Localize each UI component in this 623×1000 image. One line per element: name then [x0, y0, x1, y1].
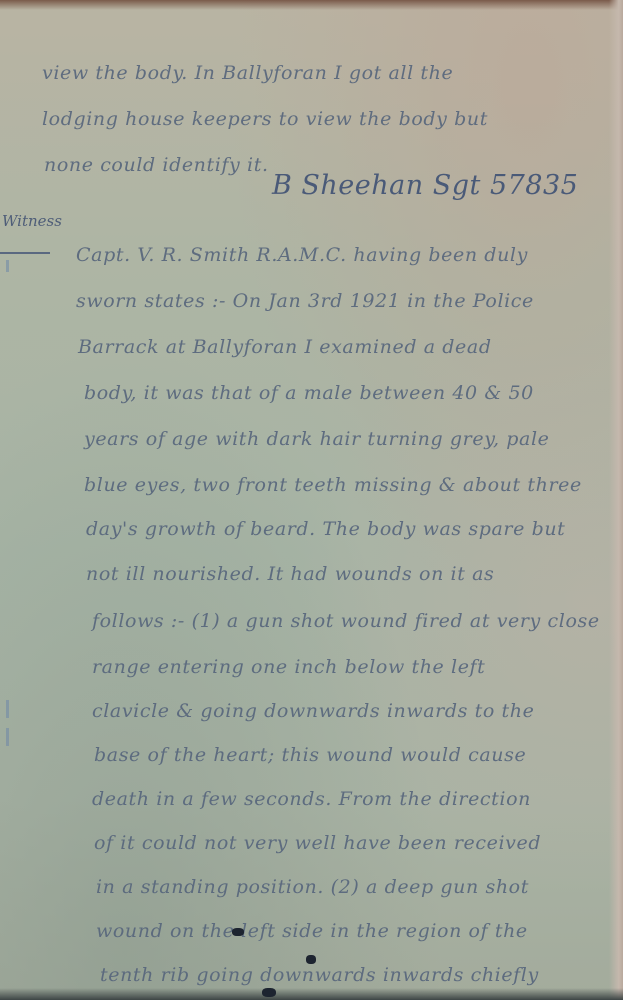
statement-line: sworn states :- On Jan 3rd 1921 in the P… [76, 290, 534, 312]
margin-note-witness: Witness [2, 212, 62, 230]
text-line: none could identify it. [44, 154, 269, 176]
statement-line: death in a few seconds. From the directi… [92, 788, 531, 810]
text-line: lodging house keepers to view the body b… [42, 108, 488, 130]
ink-blot [306, 955, 316, 964]
statement-line: in a standing position. (2) a deep gun s… [96, 876, 529, 898]
statement-line: base of the heart; this wound would caus… [94, 744, 526, 766]
statement-line: of it could not very well have been rece… [94, 832, 541, 854]
statement-line: range entering one inch below the left [92, 656, 485, 678]
page-top-edge [0, 0, 623, 10]
page-bottom-edge [0, 988, 623, 1000]
statement-line: blue eyes, two front teeth missing & abo… [84, 474, 582, 496]
margin-mark [6, 700, 9, 718]
statement-line: Barrack at Ballyforan I examined a dead [78, 336, 492, 358]
statement-line: follows :- (1) a gun shot wound fired at… [92, 610, 600, 632]
statement-line: clavicle & going downwards inwards to th… [92, 700, 534, 722]
statement-line: years of age with dark hair turning grey… [84, 428, 550, 450]
ink-blot [262, 988, 276, 997]
ink-blot [232, 928, 244, 936]
page-right-edge [609, 0, 623, 1000]
signature: B Sheehan Sgt 57835 [272, 170, 578, 201]
margin-underline [0, 252, 50, 254]
statement-line: wound on the left side in the region of … [96, 920, 528, 942]
margin-mark [6, 260, 9, 272]
margin-mark [6, 728, 9, 746]
statement-line: not ill nourished. It had wounds on it a… [86, 563, 494, 585]
text-line: view the body. In Ballyforan I got all t… [42, 62, 453, 84]
statement-line: Capt. V. R. Smith R.A.M.C. having been d… [76, 244, 528, 266]
scanned-document-page: view the body. In Ballyforan I got all t… [0, 0, 623, 1000]
statement-line: tenth rib going downwards inwards chiefl… [100, 964, 539, 986]
statement-line: body, it was that of a male between 40 &… [84, 382, 534, 404]
statement-line: day's growth of beard. The body was spar… [86, 518, 565, 540]
